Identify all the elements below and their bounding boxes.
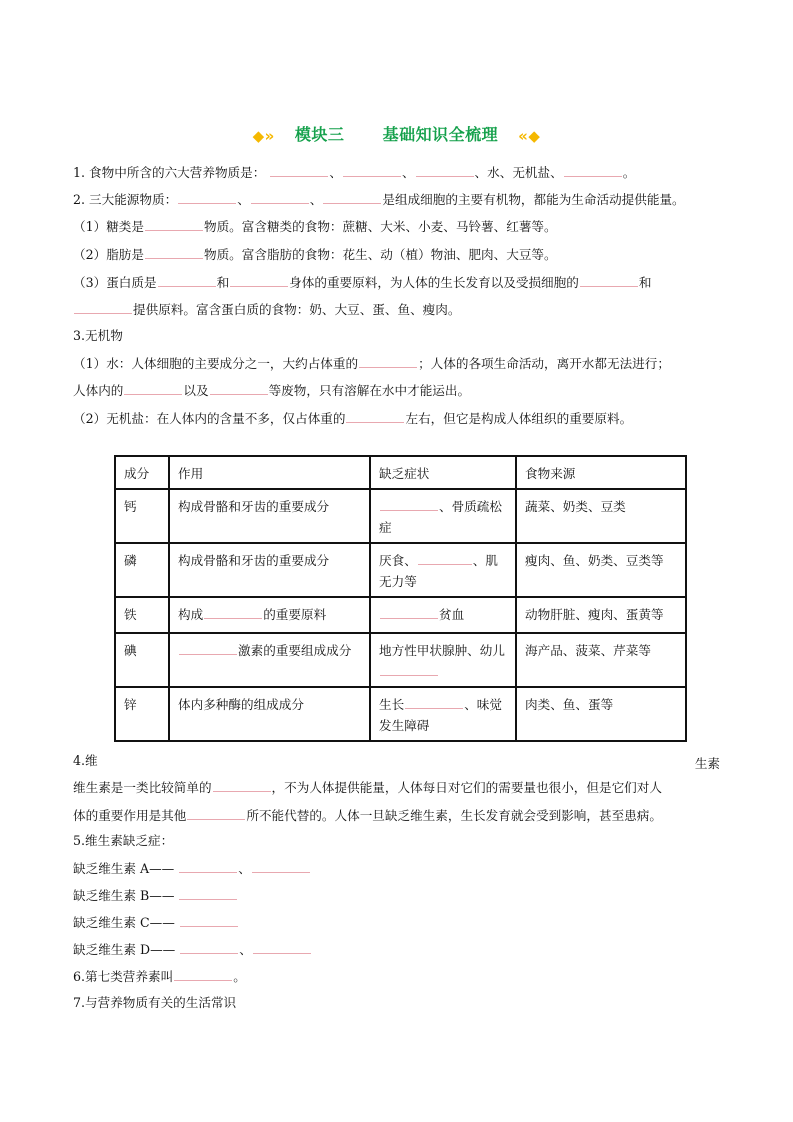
q7-heading: 7.与营养物质有关的生活常识 (73, 995, 236, 1011)
mineral-source: 肉类、鱼、蛋等 (516, 687, 686, 741)
answer-blank[interactable] (323, 191, 381, 204)
answer-blank[interactable] (251, 191, 309, 204)
answer-blank[interactable] (204, 606, 262, 619)
answer-blank[interactable] (580, 274, 638, 287)
answer-blank[interactable] (416, 164, 474, 177)
q4-para-2: 体的重要作用是其他所不能代替的。人体一旦缺乏维生素，生长发育就会受到影响，甚至患… (73, 807, 662, 824)
q5-vitamin-a: 缺乏维生素 A—— 、 (73, 860, 311, 877)
answer-blank[interactable] (418, 552, 472, 565)
mineral-table: 成分 作用 缺乏症状 食物来源 钙 构成骨骼和牙齿的重要成分 、骨质疏松症 蔬菜… (114, 455, 687, 742)
q4-para-1: 维生素是一类比较简单的，不为人体提供能量，人体每日对它们的需要量也很小，但是它们… (73, 779, 662, 796)
answer-blank[interactable] (346, 410, 404, 423)
q4-heading-right: 生素 (695, 753, 720, 772)
q6-seventh-nutrient: 6.第七类营养素叫。 (73, 968, 246, 985)
answer-blank[interactable] (179, 860, 237, 873)
table-row: 铁 构成的重要原料 贫血 动物肝脏、瘦肉、蛋黄等 (115, 597, 686, 633)
table-row: 碘 激素的重要组成成分 地方性甲状腺肿、幼儿 海产品、菠菜、芹菜等 (115, 633, 686, 687)
q5-heading: 5.维生素缺乏症： (73, 833, 173, 849)
q2-energy-sources: 2. 三大能源物质：、、是组成细胞的主要有机物，都能为生命活动提供能量。 (73, 191, 685, 208)
q1-six-nutrients: 1. 食物中所含的六大营养物质是： 、、、水、无机盐、。 (73, 164, 635, 181)
q2-protein-cont: 提供原料。富含蛋白质的食物：奶、大豆、蛋、鱼、瘦肉。 (73, 301, 460, 318)
mineral-name: 碘 (115, 633, 169, 687)
mineral-role: 构成骨骼和牙齿的重要成分 (169, 543, 370, 597)
answer-blank[interactable] (343, 164, 401, 177)
diamond-arrow-left-icon: «◆ (518, 127, 540, 145)
answer-blank[interactable] (359, 355, 417, 368)
mineral-symptom: 地方性甲状腺肿、幼儿 (370, 633, 516, 687)
table-row: 磷 构成骨骼和牙齿的重要成分 厌食、、肌无力等 瘦肉、鱼、奶类、豆类等 (115, 543, 686, 597)
header-cell: 成分 (115, 456, 169, 489)
answer-blank[interactable] (380, 663, 438, 676)
mineral-source: 蔬菜、奶类、豆类 (516, 489, 686, 543)
worksheet-page: ◆» 模块三 基础知识全梳理 «◆ 1. 食物中所含的六大营养物质是： 、、、水… (0, 0, 793, 1122)
answer-blank[interactable] (180, 914, 238, 927)
module-heading: 基础知识全梳理 (383, 125, 499, 144)
mineral-source: 动物肝脏、瘦肉、蛋黄等 (516, 597, 686, 633)
mineral-role: 构成骨骼和牙齿的重要成分 (169, 489, 370, 543)
mineral-source: 瘦肉、鱼、奶类、豆类等 (516, 543, 686, 597)
mineral-name: 磷 (115, 543, 169, 597)
mineral-role: 体内多种酶的组成成分 (169, 687, 370, 741)
answer-blank[interactable] (124, 382, 182, 395)
header-cell: 缺乏症状 (370, 456, 516, 489)
answer-blank[interactable] (179, 642, 237, 655)
q3-heading: 3.无机物 (73, 328, 123, 344)
header-cell: 作用 (169, 456, 370, 489)
answer-blank[interactable] (187, 807, 245, 820)
answer-blank[interactable] (210, 382, 268, 395)
answer-blank[interactable] (230, 274, 288, 287)
answer-blank[interactable] (253, 941, 311, 954)
mineral-symptom: 厌食、、肌无力等 (370, 543, 516, 597)
answer-blank[interactable] (145, 218, 203, 231)
answer-blank[interactable] (380, 606, 438, 619)
q3-salt: （2）无机盐：在人体内的含量不多，仅占体重的左右，但它是构成人体组织的重要原料。 (73, 410, 632, 427)
mineral-symptom: 贫血 (370, 597, 516, 633)
answer-blank[interactable] (158, 274, 216, 287)
answer-blank[interactable] (178, 191, 236, 204)
mineral-source: 海产品、菠菜、芹菜等 (516, 633, 686, 687)
mineral-role: 构成的重要原料 (169, 597, 370, 633)
answer-blank[interactable] (174, 968, 232, 981)
mineral-symptom: 、骨质疏松症 (370, 489, 516, 543)
q4-heading-left: 4.维 (73, 753, 98, 769)
table-header-row: 成分 作用 缺乏症状 食物来源 (115, 456, 686, 489)
table-row: 钙 构成骨骼和牙齿的重要成分 、骨质疏松症 蔬菜、奶类、豆类 (115, 489, 686, 543)
mineral-name: 锌 (115, 687, 169, 741)
q5-vitamin-b: 缺乏维生素 B—— (73, 887, 238, 904)
q5-vitamin-c: 缺乏维生素 C—— (73, 914, 239, 931)
answer-blank[interactable] (145, 246, 203, 259)
q5-vitamin-d: 缺乏维生素 D—— 、 (73, 941, 312, 958)
answer-blank[interactable] (213, 779, 271, 792)
q3-water: （1）水：人体细胞的主要成分之一，大约占体重的；人体的各项生命活动，离开水都无法… (73, 355, 670, 372)
mineral-role: 激素的重要组成成分 (169, 633, 370, 687)
q2-sugar: （1）糖类是物质。富含糖类的食物：蔗糖、大米、小麦、马铃薯、红薯等。 (73, 218, 557, 235)
mineral-symptom: 生长、味觉发生障碍 (370, 687, 516, 741)
diamond-arrow-right-icon: ◆» (253, 127, 275, 145)
answer-blank[interactable] (405, 696, 463, 709)
module-title: ◆» 模块三 基础知识全梳理 «◆ (0, 122, 793, 145)
module-label: 模块三 (295, 125, 345, 144)
answer-blank[interactable] (179, 887, 237, 900)
answer-blank[interactable] (270, 164, 328, 177)
answer-blank[interactable] (564, 164, 622, 177)
answer-blank[interactable] (252, 860, 310, 873)
answer-blank[interactable] (74, 301, 132, 314)
mineral-name: 铁 (115, 597, 169, 633)
mineral-name: 钙 (115, 489, 169, 543)
answer-blank[interactable] (380, 498, 438, 511)
table-row: 锌 体内多种酶的组成成分 生长、味觉发生障碍 肉类、鱼、蛋等 (115, 687, 686, 741)
header-cell: 食物来源 (516, 456, 686, 489)
q2-protein: （3）蛋白质是和身体的重要原料，为人体的生长发育以及受损细胞的和 (73, 274, 651, 291)
q2-fat: （2）脂肪是物质。富含脂肪的食物：花生、动（植）物油、肥肉、大豆等。 (73, 246, 557, 263)
q3-water-cont: 人体内的以及等废物，只有溶解在水中才能运出。 (73, 382, 470, 399)
answer-blank[interactable] (180, 941, 238, 954)
